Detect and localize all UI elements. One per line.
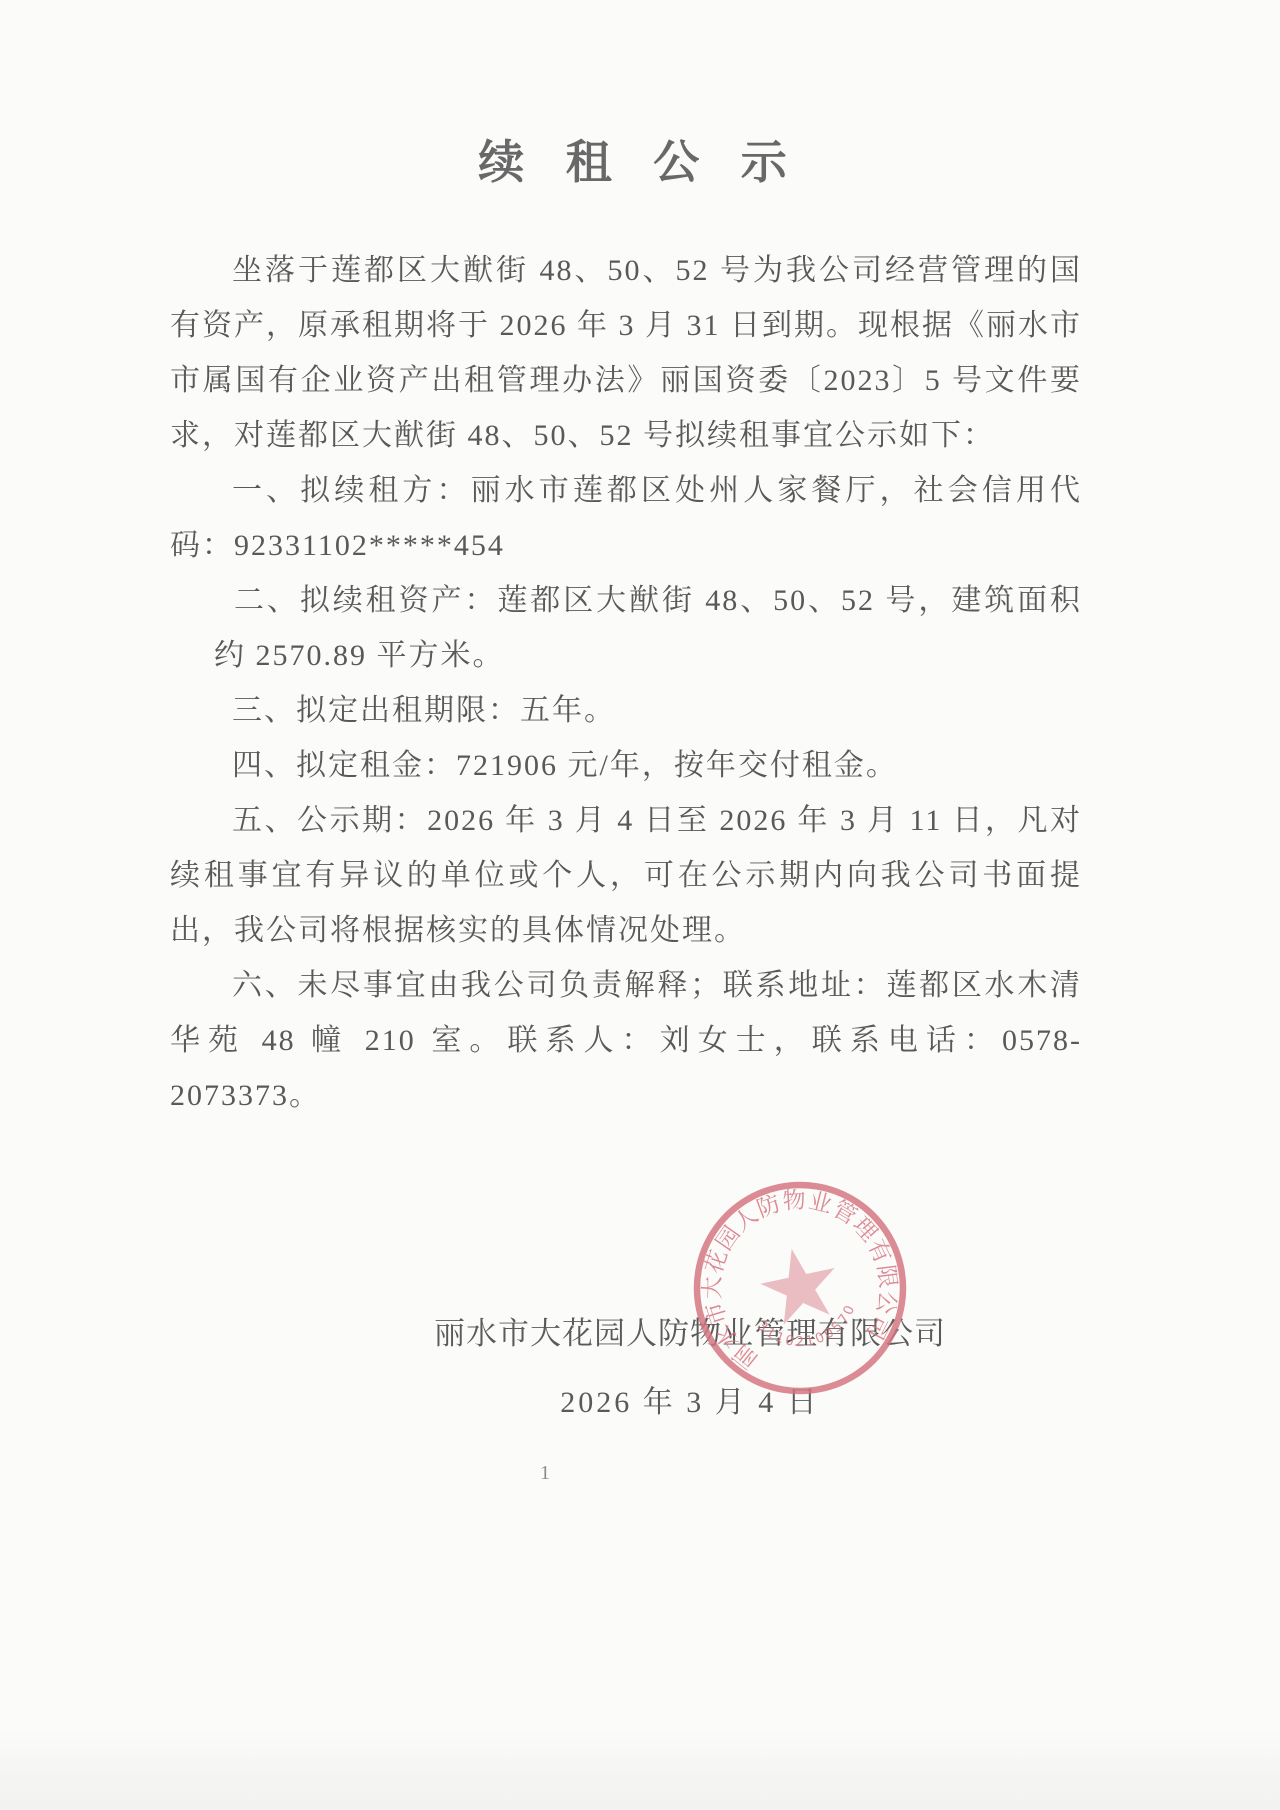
paragraph: 四、拟定租金：721906 元/年，按年交付租金。 [170, 738, 1082, 793]
seal-star-icon [755, 1241, 844, 1328]
document-body: 坐落于莲都区大猷街 48、50、52 号为我公司经营管理的国有资产，原承租期将于… [170, 243, 1082, 1123]
document-title: 续 租 公 示 [0, 126, 1280, 192]
paragraph: 六、未尽事宜由我公司负责解释；联系地址：莲都区水木清华苑 48 幢 210 室。… [170, 958, 1082, 1123]
paragraph: 坐落于莲都区大猷街 48、50、52 号为我公司经营管理的国有资产，原承租期将于… [170, 243, 1082, 463]
paragraph: 一、拟续租方：丽水市莲都区处州人家餐厅，社会信用代码：92331102*****… [170, 463, 1082, 573]
paragraph: 二、拟续租资产：莲都区大猷街 48、50、52 号，建筑面积约 2570.89 … [170, 573, 1082, 683]
paragraph: 三、拟定出租期限：五年。 [170, 683, 1082, 738]
page-number: 1 [0, 1462, 1090, 1485]
official-seal-stamp: 丽水市大花园人防物业管理有限公司 3311021005708 [653, 1141, 947, 1435]
paragraph: 五、公示期：2026 年 3 月 4 日至 2026 年 3 月 11 日，凡对… [170, 793, 1082, 958]
scan-shadow-band [0, 1730, 1280, 1810]
document-page: 续 租 公 示 坐落于莲都区大猷街 48、50、52 号为我公司经营管理的国有资… [0, 0, 1280, 1810]
